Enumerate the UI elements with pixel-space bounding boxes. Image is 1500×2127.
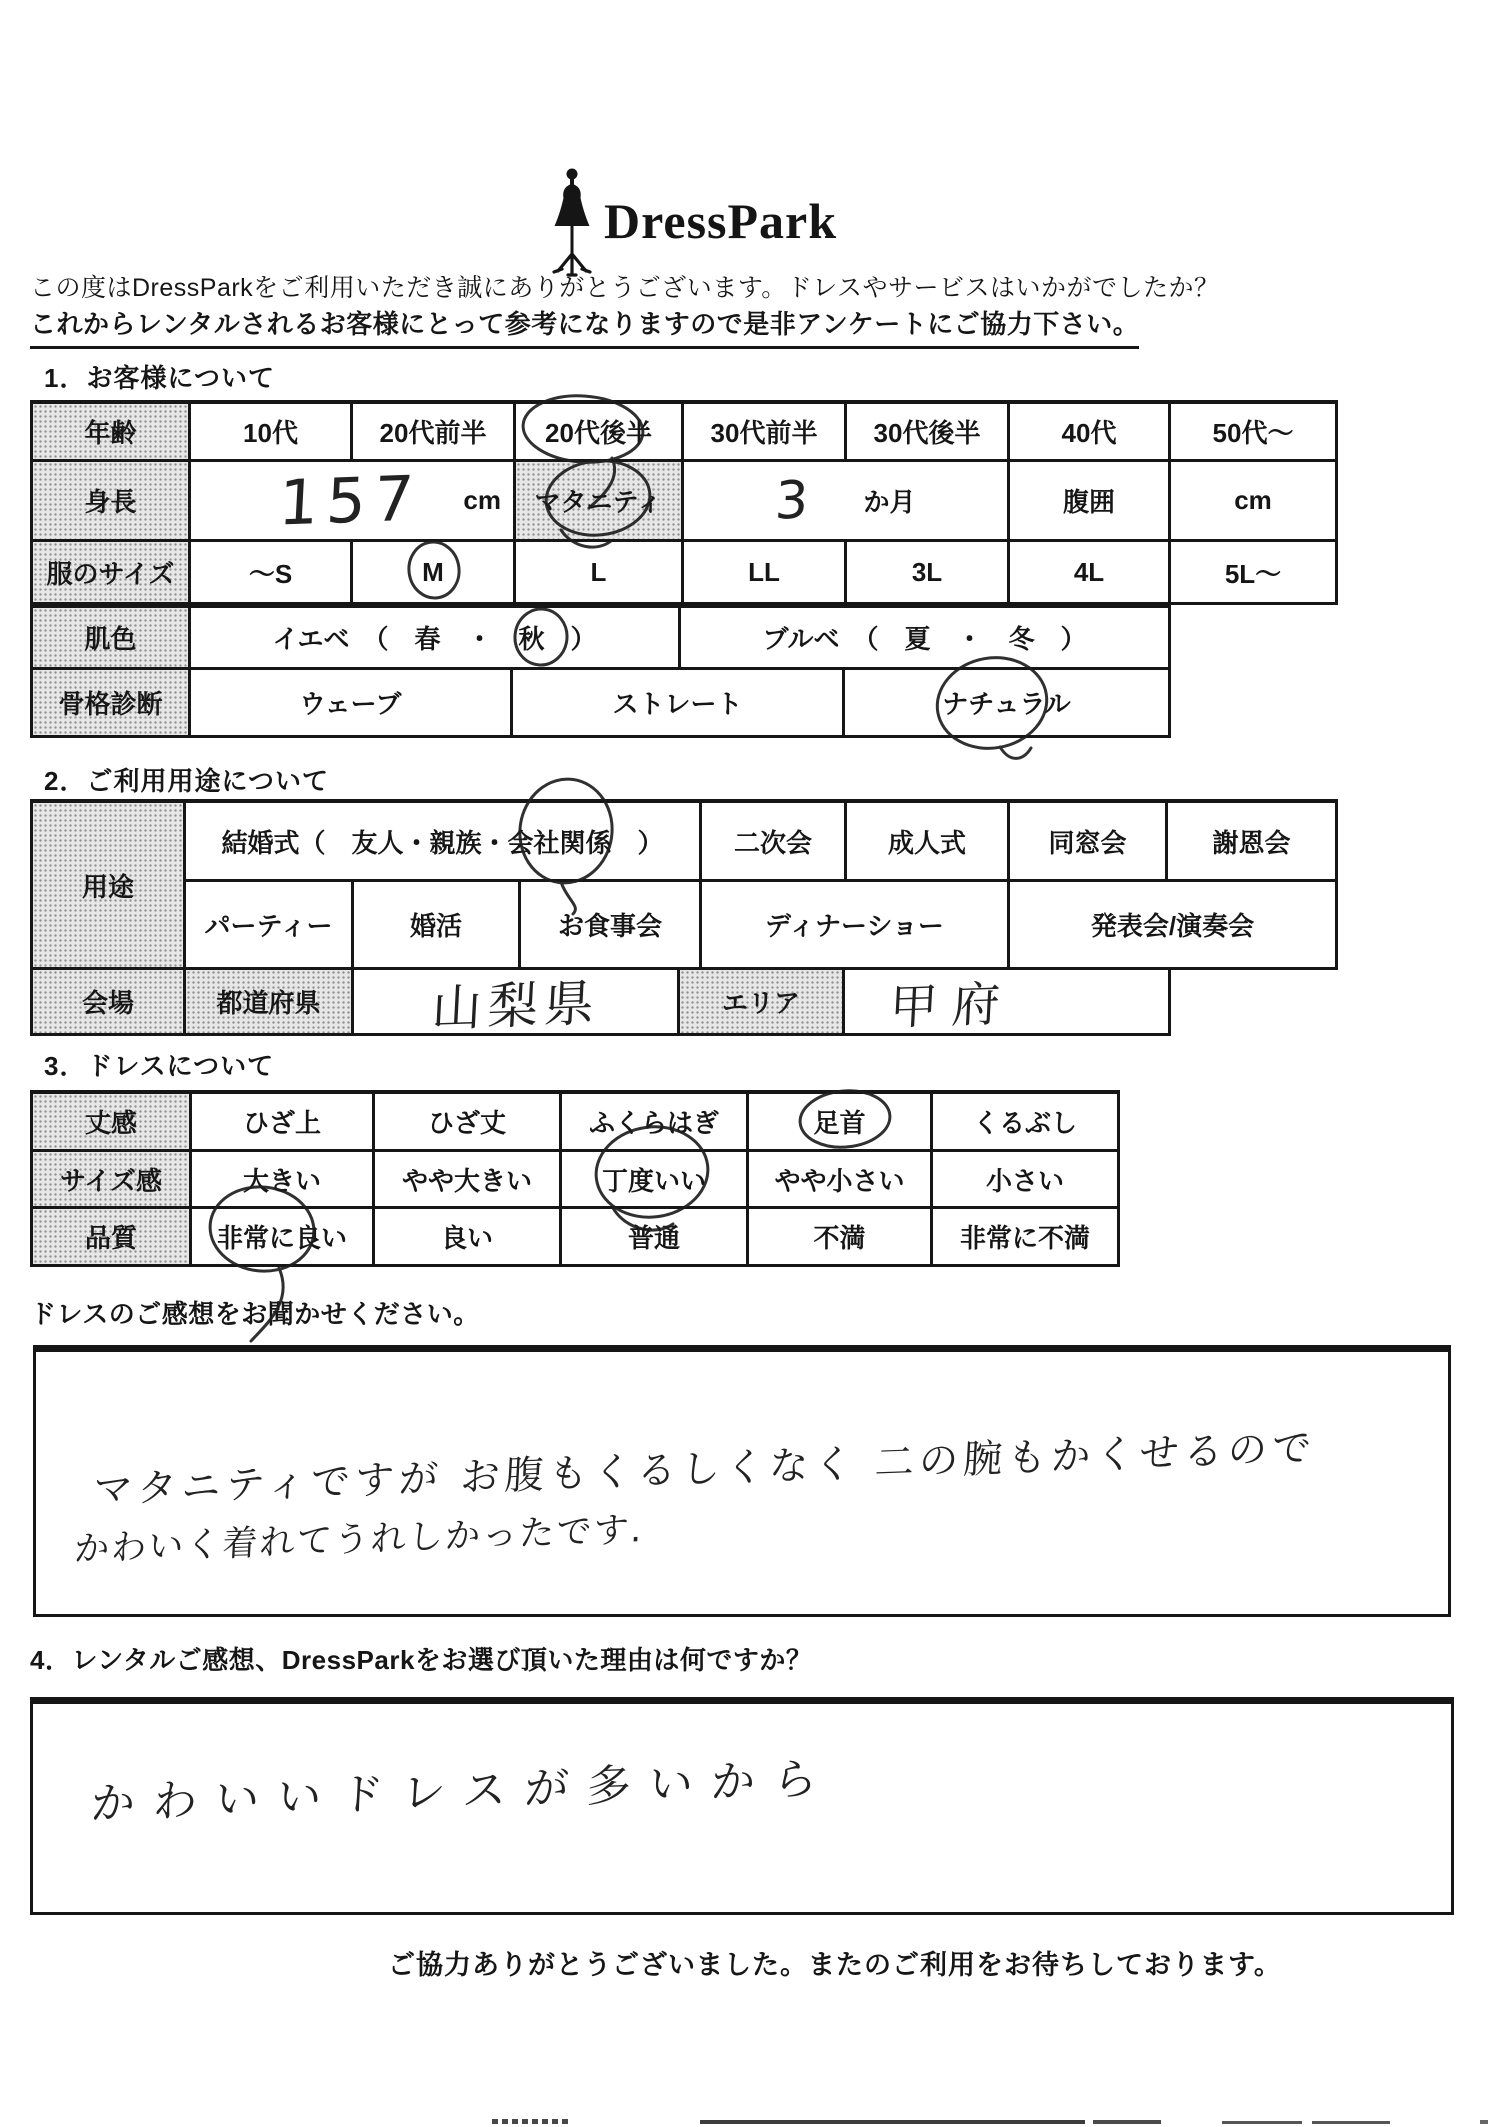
skin-frame-table: 肌色 イエベ （ 春 ・ 秋 ） ブルベ （ 夏 ・ 冬 ） 骨格診断 ウェーブ… — [30, 604, 1171, 738]
purpose-option-thanks-party: 謝恩会 — [1168, 803, 1338, 882]
quality-row: 品質 非常に良い 良い 普通 不満 非常に不満 — [33, 1209, 1120, 1267]
purpose-option-reunion: 同窓会 — [1010, 803, 1168, 882]
skin-option-blue-base: ブルベ （ 夏 ・ 冬 ） — [681, 608, 1171, 670]
height-value-handwritten: 157 — [277, 462, 424, 540]
height-unit: cm — [463, 485, 501, 516]
quality-label: 品質 — [33, 1209, 192, 1267]
size-label: 服のサイズ — [33, 542, 191, 605]
survey-page: DressPark この度はDressParkをご利用いただき誠にありがとうござ… — [0, 0, 1500, 2127]
clothing-size-row: 服のサイズ ～S M L LL 3L 4L 5L～ — [33, 542, 1338, 605]
age-option-10s: 10代 — [191, 404, 353, 462]
length-option-knee: ひざ丈 — [375, 1094, 562, 1152]
scan-artifact — [1093, 2120, 1161, 2124]
length-option-ankle: 足首 — [749, 1094, 933, 1152]
intro-line-2: これからレンタルされるお客様にとって参考になりますので是非アンケートにご協力下さ… — [30, 304, 1139, 349]
fit-option-slightly-large: やや大きい — [375, 1152, 562, 1209]
waist-label: 腹囲 — [1010, 462, 1171, 542]
quality-option-normal: 普通 — [562, 1209, 749, 1267]
footer-thanks: ご協力ありがとうございました。またのご利用をお待ちしております。 — [388, 1943, 1282, 1982]
circle-frame-tail — [1000, 747, 1031, 758]
purpose-row-2: パーティー 婚活 お食事会 ディナーショー 発表会/演奏会 — [186, 882, 1338, 970]
scan-artifact — [1312, 2121, 1390, 2124]
area-value-handwritten: 甲府 — [888, 965, 1016, 1038]
section3-heading: 3．ドレスについて — [44, 1046, 274, 1083]
length-option-calf: ふくらはぎ — [562, 1094, 749, 1152]
size-option-3l: 3L — [847, 542, 1010, 605]
frame-diagnosis-row: 骨格診断 ウェーブ ストレート ナチュラル — [33, 670, 1171, 738]
frame-option-straight: ストレート — [513, 670, 845, 738]
purpose-option-konkatsu: 婚活 — [354, 882, 521, 970]
quality-option-unsatisfied: 不満 — [749, 1209, 933, 1267]
area-label: エリア — [680, 970, 845, 1036]
purpose-label: 用途 — [33, 803, 186, 970]
fit-option-small: 小さい — [933, 1152, 1120, 1209]
skin-label: 肌色 — [33, 608, 191, 670]
dress-feedback-table: 丈感 ひざ上 ひざ丈 ふくらはぎ 足首 くるぶし サイズ感 大きい やや大きい … — [30, 1090, 1120, 1267]
age-label: 年齢 — [33, 404, 191, 462]
prefecture-label: 都道府県 — [186, 970, 354, 1036]
skin-tone-row: 肌色 イエベ （ 春 ・ 秋 ） ブルベ （ 夏 ・ 冬 ） — [33, 608, 1171, 670]
purpose-option-coming-of-age: 成人式 — [847, 803, 1010, 882]
fit-label: サイズ感 — [33, 1152, 192, 1209]
venue-label: 会場 — [33, 970, 186, 1036]
dress-form-icon — [549, 166, 595, 278]
months-unit: か月 — [864, 482, 916, 519]
purpose-option-wedding: 結婚式（ 友人・親族・会社関係 ） — [186, 803, 702, 882]
age-row: 年齢 10代 20代前半 20代後半 30代前半 30代後半 40代 50代～ — [33, 404, 1338, 462]
frame-label: 骨格診断 — [33, 670, 191, 738]
maternity-months-handwritten: 3 — [774, 470, 810, 531]
prefecture-value-handwritten: 山梨県 — [429, 963, 601, 1041]
quality-option-good: 良い — [375, 1209, 562, 1267]
scan-artifact — [492, 2119, 570, 2124]
purpose-option-dining: お食事会 — [521, 882, 702, 970]
scan-artifact — [1222, 2121, 1302, 2124]
usage-table: 用途 結婚式（ 友人・親族・会社関係 ） 二次会 成人式 同窓会 謝恩会 パーテ… — [30, 799, 1338, 1036]
purpose-option-afterparty: 二次会 — [702, 803, 847, 882]
fit-option-slightly-small: やや小さい — [749, 1152, 933, 1209]
scan-artifact — [700, 2120, 1085, 2124]
quality-option-very-unsatisfied: 非常に不満 — [933, 1209, 1120, 1267]
age-option-early-30s: 30代前半 — [684, 404, 847, 462]
size-option-4l: 4L — [1010, 542, 1171, 605]
age-option-50s: 50代～ — [1171, 404, 1338, 462]
height-row: 身長 157 cm マタニティ 3 か月 腹囲 cm — [33, 462, 1338, 542]
purpose-option-dinner-show: ディナーショー — [702, 882, 1010, 970]
intro-line-1: この度はDressParkをご利用いただき誠にありがとうございます。ドレスやサー… — [30, 268, 1219, 304]
skin-option-yellow-base: イエベ （ 春 ・ 秋 ） — [191, 608, 681, 670]
frame-option-natural: ナチュラル — [845, 670, 1171, 738]
fit-option-just-right: 丁度いい — [562, 1152, 749, 1209]
section2-heading: 2．ご利用用途について — [44, 761, 329, 798]
fit-row: サイズ感 大きい やや大きい 丁度いい やや小さい 小さい — [33, 1152, 1120, 1209]
waist-unit: cm — [1171, 462, 1338, 542]
customer-info-table: 年齢 10代 20代前半 20代後半 30代前半 30代後半 40代 50代～ … — [30, 400, 1338, 605]
quality-option-very-good: 非常に良い — [192, 1209, 375, 1267]
height-label: 身長 — [33, 462, 191, 542]
comment-label: ドレスのご感想をお聞かせください。 — [30, 1294, 480, 1331]
age-option-40s: 40代 — [1010, 404, 1171, 462]
age-option-late-20s: 20代後半 — [516, 404, 684, 462]
purpose-option-recital: 発表会/演奏会 — [1010, 882, 1338, 970]
scan-artifact — [1480, 2120, 1488, 2124]
age-option-early-20s: 20代前半 — [353, 404, 516, 462]
size-option-5l: 5L～ — [1171, 542, 1338, 605]
length-row: 丈感 ひざ上 ひざ丈 ふくらはぎ 足首 くるぶし — [33, 1094, 1120, 1152]
fit-option-large: 大きい — [192, 1152, 375, 1209]
size-option-l: L — [516, 542, 684, 605]
purpose-option-party: パーティー — [186, 882, 354, 970]
purpose-row-1: 結婚式（ 友人・親族・会社関係 ） 二次会 成人式 同窓会 謝恩会 — [186, 803, 1338, 882]
venue-row: 会場 都道府県 山梨県 エリア 甲府 — [33, 970, 1338, 1036]
size-option-ll: LL — [684, 542, 847, 605]
section1-heading: 1．お客様について — [44, 358, 275, 395]
section4-heading: 4．レンタルご感想、DressParkをお選び頂いた理由は何ですか？ — [30, 1640, 812, 1677]
size-option-s: ～S — [191, 542, 353, 605]
length-option-above-knee: ひざ上 — [192, 1094, 375, 1152]
brand-name: DressPark — [604, 192, 837, 250]
size-option-m: M — [353, 542, 516, 605]
age-option-late-30s: 30代後半 — [847, 404, 1010, 462]
frame-option-wave: ウェーブ — [191, 670, 513, 738]
length-option-anklebone: くるぶし — [933, 1094, 1120, 1152]
maternity-cell: マタニティ — [516, 462, 684, 542]
length-label: 丈感 — [33, 1094, 192, 1152]
